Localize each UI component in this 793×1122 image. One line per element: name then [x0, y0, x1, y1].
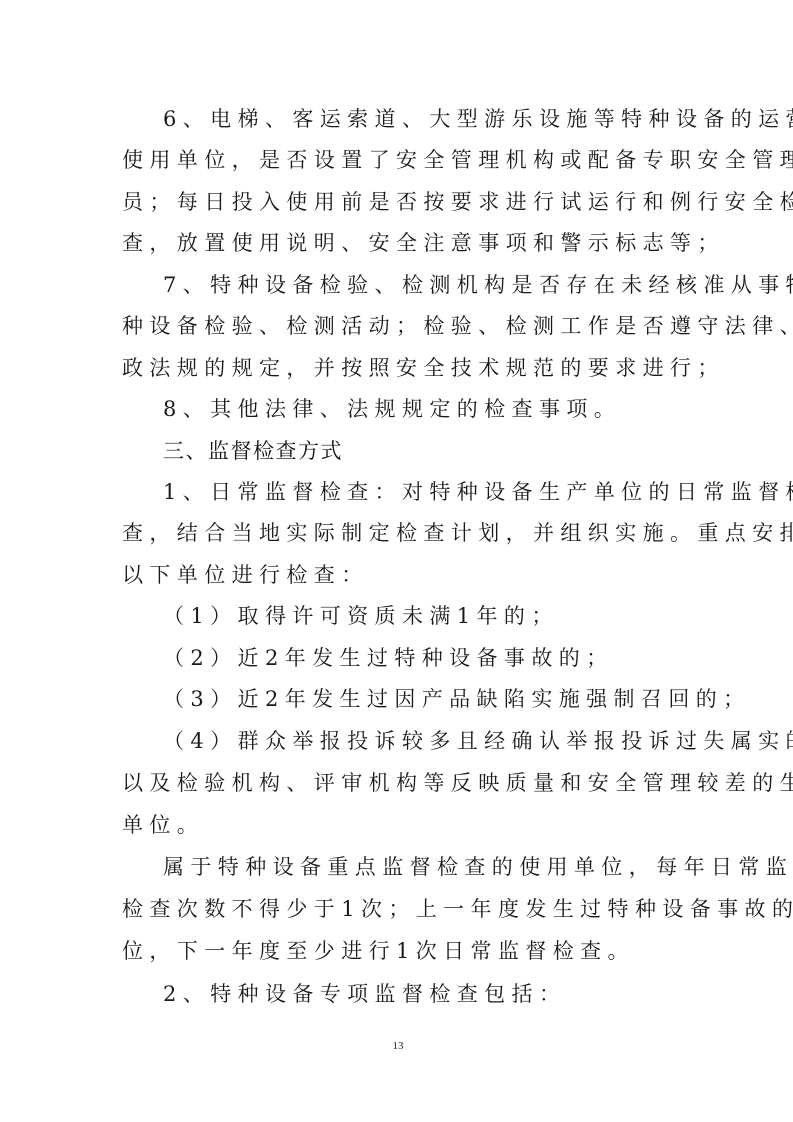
special-inspection-line-1: 2、特种设备专项监督检查包括：: [163, 979, 723, 1009]
item-6-line-1: 6、电梯、客运索道、大型游乐设施等特种设备的运营: [163, 104, 723, 134]
subitem-1: （1）取得许可资质未满1年的；: [163, 601, 723, 631]
page-number: 13: [386, 1040, 410, 1052]
key-units-line-2: 检查次数不得少于1次；上一年度发生过特种设备事故的单: [122, 894, 682, 924]
item-8-line-1: 8、其他法律、法规规定的检查事项。: [163, 394, 723, 424]
routine-inspection-line-2: 查，结合当地实际制定检查计划，并组织实施。重点安排对: [122, 518, 682, 548]
routine-inspection-line-3: 以下单位进行检查：: [122, 560, 682, 590]
item-7-line-2: 种设备检验、检测活动；检验、检测工作是否遵守法律、行: [122, 311, 682, 341]
subitem-3: （3）近2年发生过因产品缺陷实施强制召回的；: [163, 684, 723, 714]
section-heading: 三、监督检查方式: [163, 436, 723, 466]
item-6-line-3: 员；每日投入使用前是否按要求进行试运行和例行安全检: [122, 187, 682, 217]
subitem-4-line-3: 单位。: [122, 810, 682, 840]
item-7-line-1: 7、特种设备检验、检测机构是否存在未经核准从事特: [163, 270, 723, 300]
item-6-line-2: 使用单位，是否设置了安全管理机构或配备专职安全管理人: [122, 145, 682, 175]
subitem-4-line-2: 以及检验机构、评审机构等反映质量和安全管理较差的生产: [122, 768, 682, 798]
document-page: 6、电梯、客运索道、大型游乐设施等特种设备的运营 使用单位，是否设置了安全管理机…: [0, 0, 793, 1122]
item-7-line-3: 政法规的规定，并按照安全技术规范的要求进行；: [122, 353, 682, 383]
subitem-2: （2）近2年发生过特种设备事故的；: [163, 643, 723, 673]
key-units-line-1: 属于特种设备重点监督检查的使用单位，每年日常监督: [163, 852, 723, 882]
key-units-line-3: 位，下一年度至少进行1次日常监督检查。: [122, 936, 682, 966]
routine-inspection-line-1: 1、日常监督检查：对特种设备生产单位的日常监督检: [163, 477, 723, 507]
subitem-4-line-1: （4）群众举报投诉较多且经确认举报投诉过失属实的，: [163, 726, 723, 756]
item-6-line-4: 查，放置使用说明、安全注意事项和警示标志等；: [122, 228, 682, 258]
